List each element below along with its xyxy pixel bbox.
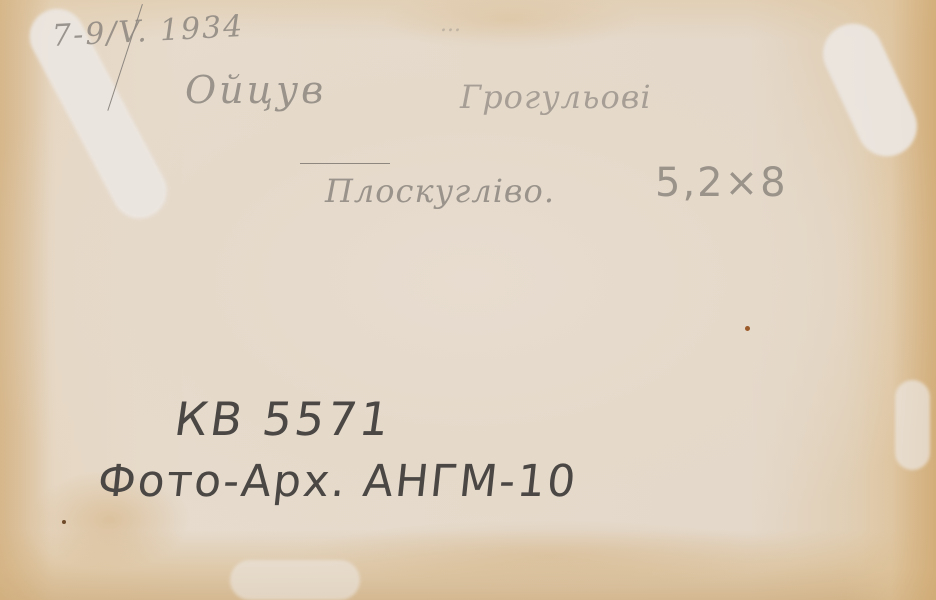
inscription-line-1-right: Грогульові: [460, 78, 652, 116]
speck: [62, 520, 66, 524]
inventory-number: КВ 5571: [171, 392, 395, 446]
aged-edge-bottom: [0, 530, 936, 600]
peeled-area-right-bottom: [895, 380, 930, 470]
archive-reference: Фото-Арх. АНГМ-10: [95, 456, 579, 507]
inscription-size: 5,2×8: [655, 160, 788, 206]
photo-card-back: 7-9/V. 1934 ... Ойцув Грогульові Плоскуг…: [0, 0, 936, 600]
speck: [745, 326, 750, 331]
inscription-faint-note: ...: [440, 12, 461, 37]
inscription-line-1: Ойцув: [185, 68, 326, 112]
overline-mark: [300, 163, 390, 164]
peeled-area-bottom: [230, 560, 360, 600]
inscription-line-2: Плоскугліво.: [325, 172, 555, 210]
aged-edge-left: [0, 0, 50, 600]
